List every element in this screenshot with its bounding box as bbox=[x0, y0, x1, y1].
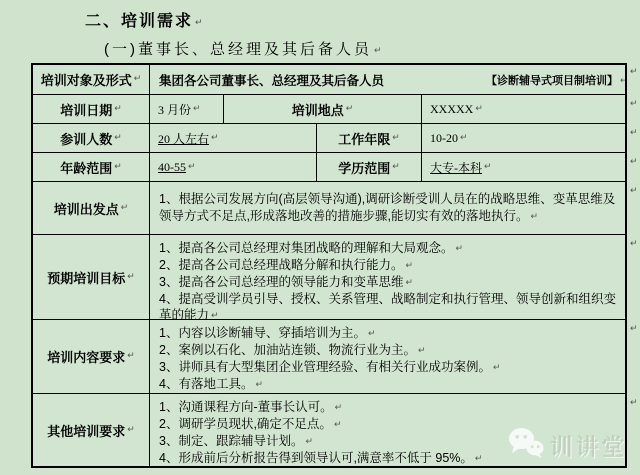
section-title-text: 二、培训需求 bbox=[85, 13, 193, 30]
watermark: 训讲堂 bbox=[508, 427, 628, 464]
paragraph-line: 3、讲师具有大型集团企业管理经验、有相关行业成功案例。↵ bbox=[159, 359, 619, 376]
paragraph-mark: ↵ bbox=[335, 402, 343, 412]
table-row-goals: 预期培训目标↵ 1、提高各公司总经理对集团战略的理解和大局观念。↵ 2、提高各公… bbox=[33, 235, 625, 320]
paragraph-mark: ↵ bbox=[405, 277, 413, 287]
label-cell-goals: 预期培训目标↵ bbox=[33, 235, 150, 319]
training-form-tag: 【诊断辅导式项目制培训】↵ bbox=[486, 72, 625, 88]
paragraph-mark: ↵ bbox=[630, 127, 638, 138]
paragraph-mark: ↵ bbox=[368, 328, 376, 338]
paragraph-mark: ↵ bbox=[114, 103, 122, 114]
paragraph-mark: ↵ bbox=[334, 419, 342, 429]
paragraph-mark: ↵ bbox=[630, 98, 638, 109]
label-cell-other-req: 其他培训要求↵ bbox=[33, 394, 150, 467]
label-cell-education: 学历范围↵ bbox=[317, 153, 422, 181]
paragraph-mark: ↵ bbox=[114, 161, 122, 172]
value-cell-target-form: 集团各公司董事长、总经理及其后备人员 【诊断辅导式项目制培训】↵ bbox=[150, 65, 625, 94]
paragraph-line: 3、提高各公司总经理的领导能力和变革思维↵ bbox=[159, 274, 619, 291]
value-cell-place: XXXXX↵ bbox=[422, 95, 625, 123]
document-page: 二、培训需求↵ (一)董事长、总经理及其后备人员↵ 培训对象及形式↵ 集团各公司… bbox=[0, 0, 640, 475]
paragraph-line: 1、提高各公司总经理对集团战略的理解和大局观念。↵ bbox=[159, 240, 619, 257]
section-subtitle-text: (一)董事长、总经理及其后备人员 bbox=[104, 41, 372, 58]
label-cell-purpose: 培训出发点↵ bbox=[33, 182, 150, 234]
training-table: 培训对象及形式↵ 集团各公司董事长、总经理及其后备人员 【诊断辅导式项目制培训】… bbox=[31, 63, 627, 468]
paragraph-mark: ↵ bbox=[127, 350, 135, 361]
value-cell-goals: 1、提高各公司总经理对集团战略的理解和大局观念。↵ 2、提高各公司总经理战略分解… bbox=[150, 235, 625, 319]
watermark-text: 训讲堂 bbox=[550, 429, 628, 462]
paragraph-mark: ↵ bbox=[188, 161, 196, 172]
paragraph-mark: ↵ bbox=[195, 17, 203, 27]
paragraph-mark: ↵ bbox=[392, 161, 400, 172]
paragraph-mark: ↵ bbox=[630, 323, 638, 334]
paragraph-mark: ↵ bbox=[134, 73, 142, 84]
paragraph-mark: ↵ bbox=[630, 66, 638, 77]
paragraph-mark: ↵ bbox=[255, 379, 263, 389]
paragraph-mark: ↵ bbox=[127, 271, 135, 282]
paragraph-mark: ↵ bbox=[630, 397, 638, 408]
label-cell-age: 年龄范围↵ bbox=[33, 153, 150, 181]
paragraph-mark: ↵ bbox=[484, 161, 492, 172]
table-row-age-education: 年龄范围↵ 40-55↵ 学历范围↵ 大专-本科↵ bbox=[33, 153, 625, 182]
paragraph-mark: ↵ bbox=[418, 345, 426, 355]
target-audience-text: 集团各公司董事长、总经理及其后备人员 bbox=[159, 71, 384, 89]
paragraph-line: 1、沟通课程方向-董事长认可。↵ bbox=[159, 399, 619, 416]
table-row-date-place: 培训日期↵ 3 月份↵ 培训地点↵ XXXXX↵ bbox=[33, 95, 625, 124]
paragraph-mark: ↵ bbox=[211, 310, 219, 319]
paragraph-line: 2、提高各公司总经理战略分解和执行能力。↵ bbox=[159, 257, 619, 274]
paragraph-mark: ↵ bbox=[405, 260, 413, 270]
paragraph-mark: ↵ bbox=[392, 132, 400, 143]
paragraph-mark: ↵ bbox=[121, 202, 129, 213]
paragraph-mark: ↵ bbox=[455, 243, 463, 253]
label-cell-date: 培训日期↵ bbox=[33, 95, 150, 123]
paragraph-line: 4、提高受训学员引导、授权、关系管理、战略制定和执行管理、领导创新和组织变革的能… bbox=[159, 291, 619, 319]
section-subtitle: (一)董事长、总经理及其后备人员↵ bbox=[104, 38, 382, 59]
paragraph-mark: ↵ bbox=[346, 103, 354, 114]
value-cell-date: 3 月份↵ bbox=[150, 95, 224, 123]
section-title: 二、培训需求↵ bbox=[85, 8, 203, 31]
paragraph-mark: ↵ bbox=[475, 103, 483, 114]
paragraph-mark: ↵ bbox=[493, 362, 501, 372]
paragraph-mark: ↵ bbox=[530, 211, 538, 221]
paragraph-mark: ↵ bbox=[193, 103, 201, 114]
paragraph-mark: ↵ bbox=[620, 75, 625, 85]
paragraph-mark: ↵ bbox=[305, 436, 313, 446]
table-row-attendees-years: 参训人数↵ 20 人左右↵ 工作年限↵ 10-20↵ bbox=[33, 124, 625, 153]
value-cell-work-years: 10-20↵ bbox=[422, 124, 625, 152]
paragraph-line: 1、内容以诊断辅导、穿插培训为主。↵ bbox=[159, 325, 619, 342]
value-cell-age: 40-55↵ bbox=[150, 153, 317, 181]
value-cell-purpose: 1、根据公司发展方向(高层领导沟通),调研诊断受训人员在的战略思维、变革思维及领… bbox=[150, 182, 625, 234]
table-row-purpose: 培训出发点↵ 1、根据公司发展方向(高层领导沟通),调研诊断受训人员在的战略思维… bbox=[33, 182, 625, 235]
paragraph-mark: ↵ bbox=[114, 132, 122, 143]
label-cell-place: 培训地点↵ bbox=[224, 95, 422, 123]
label-cell-content-req: 培训内容要求↵ bbox=[33, 320, 150, 393]
paragraph-line: 1、根据公司发展方向(高层领导沟通),调研诊断受训人员在的战略思维、变革思维及领… bbox=[159, 191, 619, 226]
value-cell-attendees: 20 人左右↵ bbox=[150, 124, 317, 152]
label-cell-target-form: 培训对象及形式↵ bbox=[33, 65, 150, 94]
label-cell-attendees: 参训人数↵ bbox=[33, 124, 150, 152]
value-cell-content-req: 1、内容以诊断辅导、穿插培训为主。↵ 2、案例以石化、加油站连锁、物流行业为主。… bbox=[150, 320, 625, 393]
table-row-content-req: 培训内容要求↵ 1、内容以诊断辅导、穿插培训为主。↵ 2、案例以石化、加油站连锁… bbox=[33, 320, 625, 394]
paragraph-line: 4、有落地工具。↵ bbox=[159, 376, 619, 393]
paragraph-line: 2、案例以石化、加油站连锁、物流行业为主。↵ bbox=[159, 342, 619, 359]
paragraph-mark: ↵ bbox=[460, 132, 468, 143]
paragraph-mark: ↵ bbox=[127, 424, 135, 435]
paragraph-mark: ↵ bbox=[211, 132, 219, 143]
paragraph-mark: ↵ bbox=[630, 156, 638, 167]
table-row-target-form: 培训对象及形式↵ 集团各公司董事长、总经理及其后备人员 【诊断辅导式项目制培训】… bbox=[33, 65, 625, 95]
paragraph-mark: ↵ bbox=[630, 238, 638, 249]
paragraph-mark: ↵ bbox=[630, 185, 638, 196]
paragraph-mark: ↵ bbox=[475, 453, 483, 463]
paragraph-mark: ↵ bbox=[374, 45, 382, 55]
label-cell-work-years: 工作年限↵ bbox=[317, 124, 422, 152]
value-cell-education: 大专-本科↵ bbox=[422, 153, 625, 181]
wechat-icon bbox=[508, 427, 544, 464]
